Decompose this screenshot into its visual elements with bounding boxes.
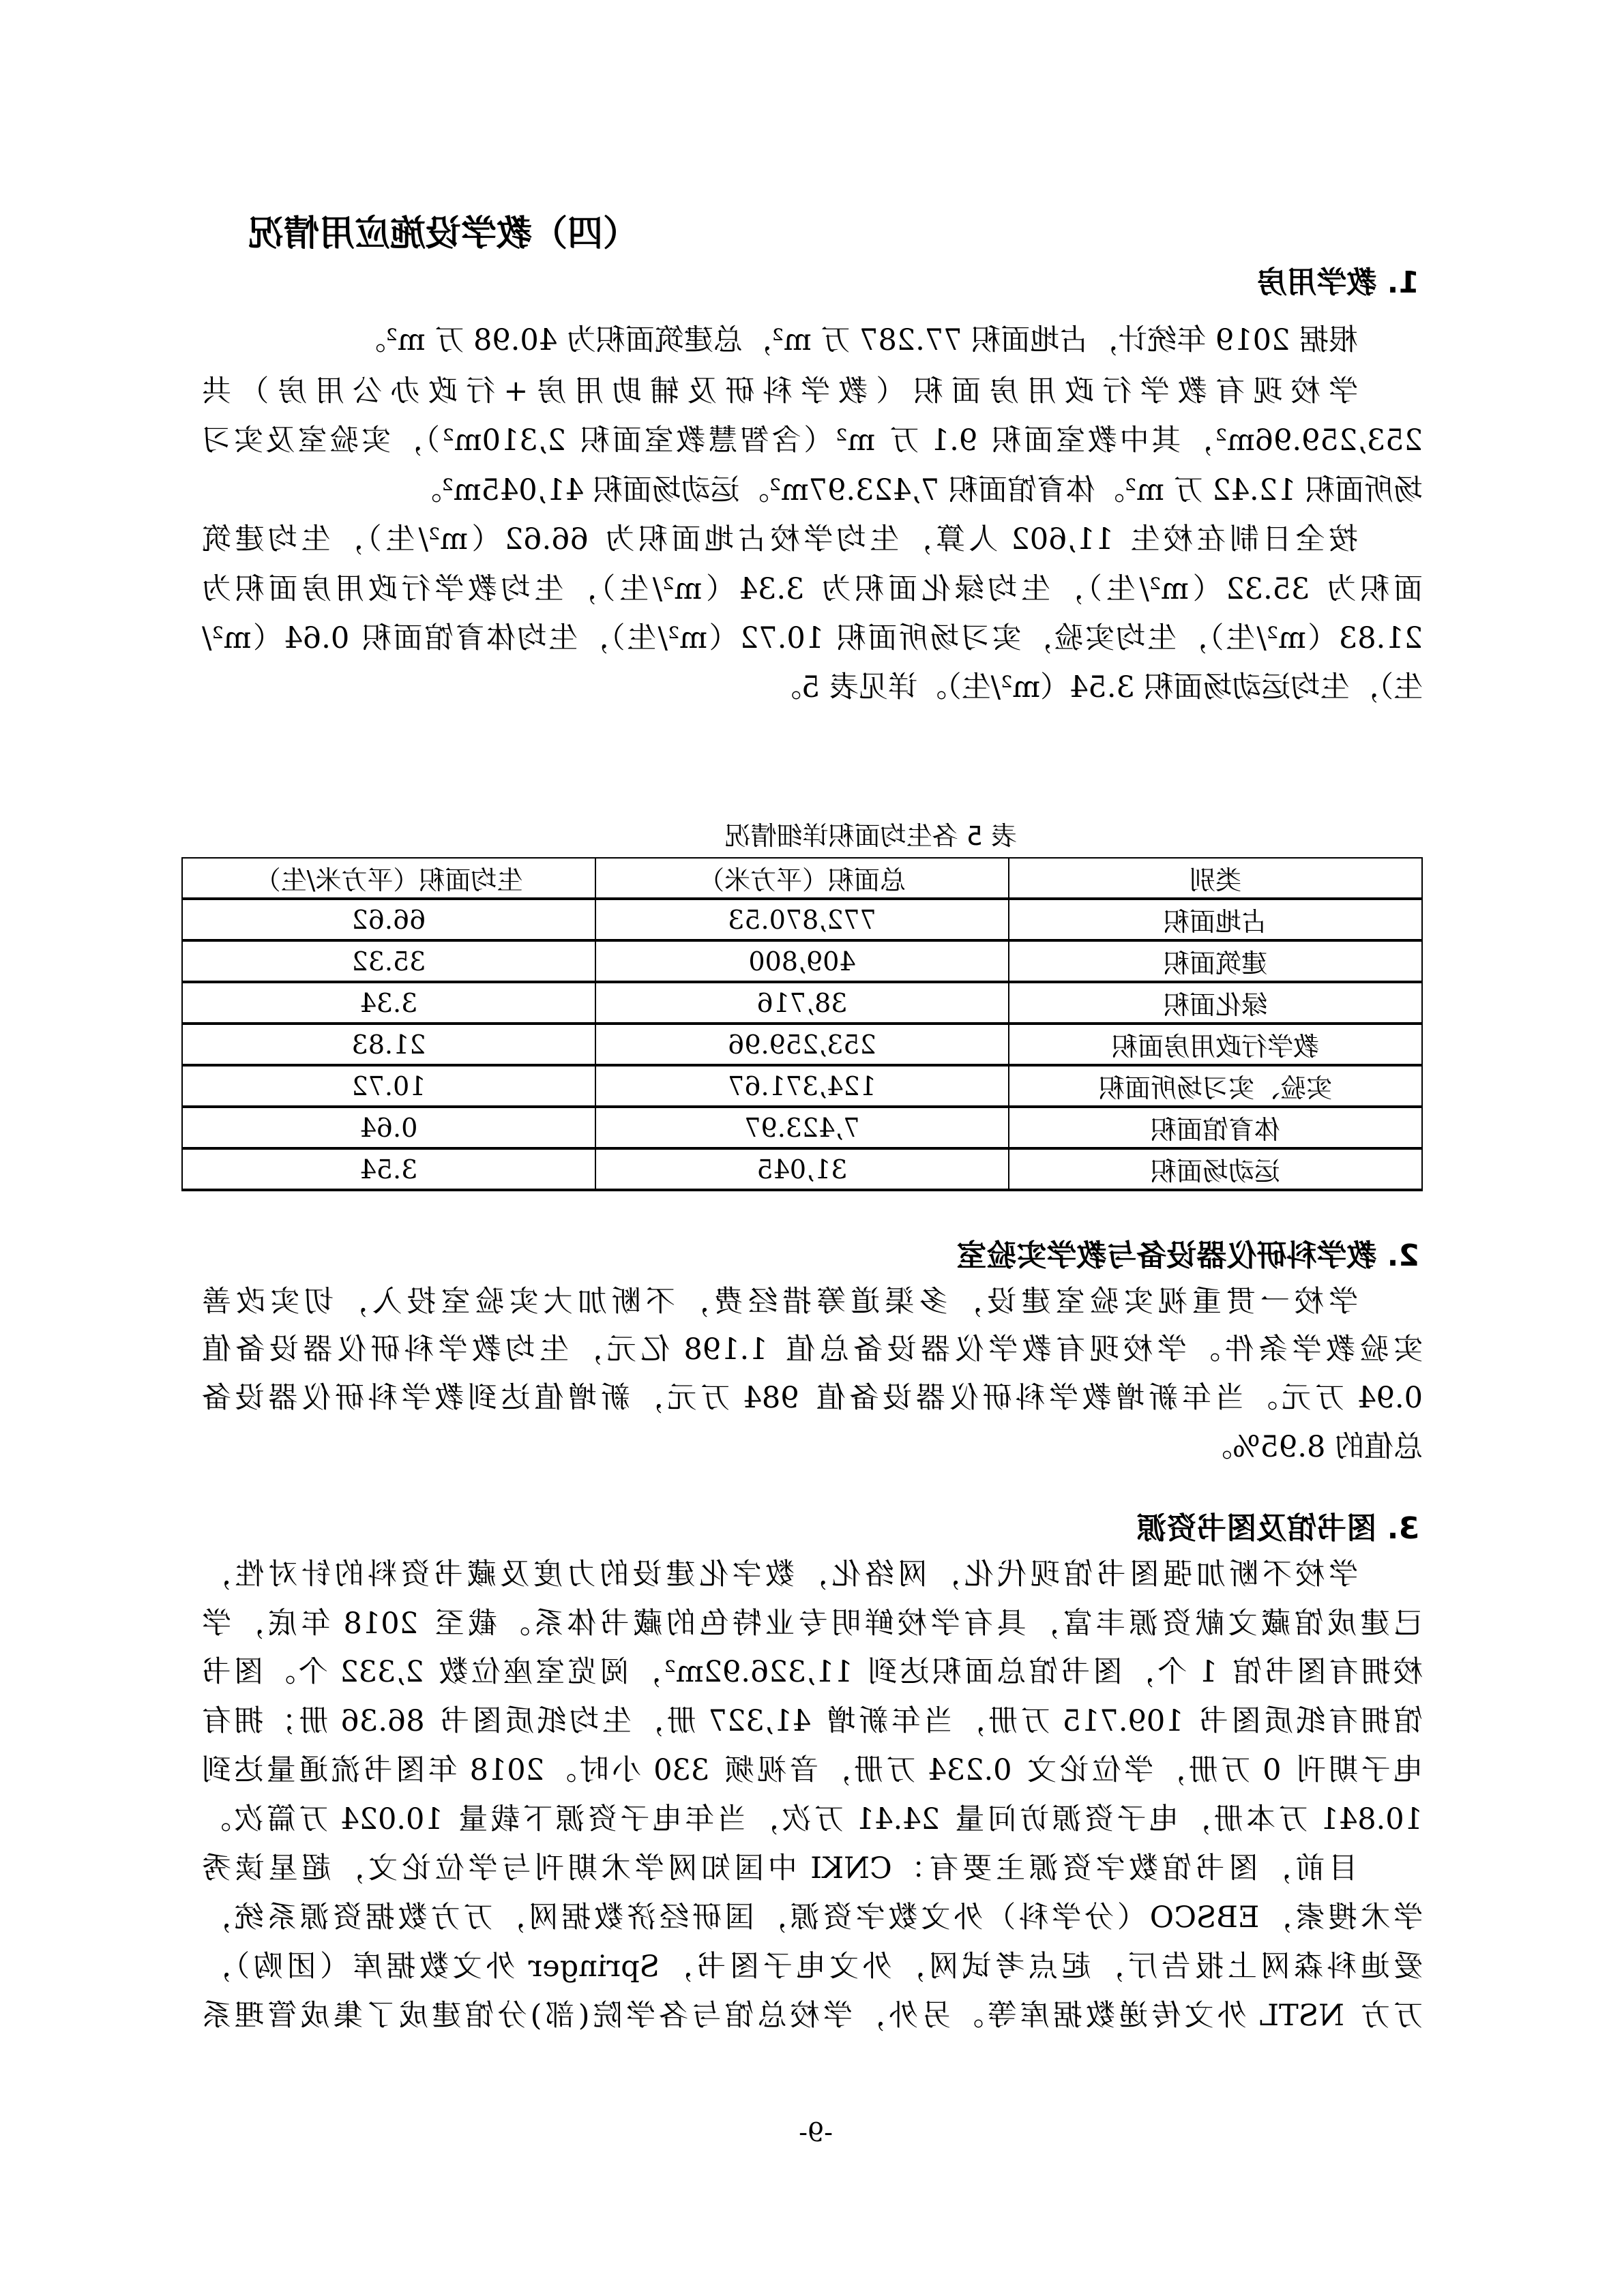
table-row: 占地面积772,870.5366.62 <box>182 899 1422 940</box>
table-row: 体育馆面积7,423.970.64 <box>182 1107 1422 1148</box>
heading-equipment-labs: 2. 教学科研仪器设备与教学实验室 <box>956 1231 1419 1274</box>
table-cell: 体育馆面积 <box>1009 1107 1422 1148</box>
table-header-row: 类别 总面积（平方米） 生均面积（平方米/生） <box>182 858 1422 899</box>
page-number: -9- <box>799 2117 833 2147</box>
paragraph-line: 面积为 35.32（m²/生），生均绿化面积为 3.34（m²/生），生均教学行… <box>202 566 1423 608</box>
table-cell: 409,800 <box>595 940 1009 982</box>
table-cell: 建筑面积 <box>1009 940 1422 982</box>
table-cell: 占地面积 <box>1009 899 1422 940</box>
paragraph-line: 0.94 万元。当年新增教学科研仪器设备值 984 万元，新增值达到教学科研仪器… <box>202 1375 1423 1416</box>
table-cell: 21.83 <box>182 1024 595 1065</box>
table-caption: 表 5 各生均面积详细情况 <box>725 815 1017 852</box>
header-cell: 生均面积（平方米/生） <box>182 858 595 899</box>
table-cell: 7,423.97 <box>595 1107 1009 1148</box>
paragraph-line: 电子期刊 0 万册，学位论文 0.234 万册，音视频 330 小时。2018 … <box>202 1747 1423 1789</box>
table-row: 建筑面积409,80035.32 <box>182 940 1422 982</box>
paragraph-line: 总值的 8.95%。 <box>202 1424 1423 1465</box>
table-row: 教学行政用房面积253,259.9621.83 <box>182 1024 1422 1065</box>
paragraph-line: 校拥有图书馆 1 个，图书馆总面积达到 11,326.92m²，阅览室座位数 2… <box>202 1649 1423 1690</box>
table-cell: 3.34 <box>182 982 595 1024</box>
table-row: 绿化面积38,7163.34 <box>182 982 1422 1024</box>
paragraph-line: 馆拥有纸质图书 109.715 万册，当年新增 41,327 册，生均纸质图书 … <box>202 1698 1423 1740</box>
section-title: （四）教学设施应用情况 <box>248 205 638 256</box>
paragraph-line: 场所面积 12.42 万 m²。体育馆面积 7,423.97m²。运动场面积 4… <box>202 467 1423 509</box>
table-cell: 772,870.53 <box>595 899 1009 940</box>
paragraph-line: 已建成馆藏文献资源丰富，具有学校鲜明专业特色的藏书体系。截至 2018 年底，学 <box>202 1600 1423 1642</box>
table-cell: 教学行政用房面积 <box>1009 1024 1422 1065</box>
paragraph-line: 爱迪科森网上报告厅，起点考试网，外文电子图书，Springer 外文数据库（团购… <box>202 1943 1423 1985</box>
paragraph-line: 10.841 万本册，电子资源访问量 24.41 万次，当年电子资源下载量 10… <box>202 1796 1423 1838</box>
paragraph-line: 目前，图书馆数字资源主要有：CNKI 中国知网学术期刊与学位论文，超星读秀 <box>202 1845 1358 1887</box>
heading-library: 3. 图书馆及图书资源 <box>1136 1504 1419 1547</box>
paragraph-line: 学术搜索，EBSCO（分学科）外文数字资源，国研经济数据网，万方数据资源系统， <box>202 1894 1423 1936</box>
table-cell: 实验、实习场所面积 <box>1009 1065 1422 1107</box>
document-page: （四）教学设施应用情况 1. 教学用房 根据 2019 年统计，占地面积 77.… <box>0 0 1624 2296</box>
table-cell: 66.62 <box>182 899 595 940</box>
table-row: 实验、实习场所面积124,371.6710.72 <box>182 1065 1422 1107</box>
table-cell: 3.54 <box>182 1148 595 1190</box>
table-row: 运动场面积31,0453.54 <box>182 1148 1422 1190</box>
paragraph-line: 学校现有教学行政用房面积（教学科研及辅助用房+行政办公用房）共 <box>202 368 1358 410</box>
table-cell: 35.32 <box>182 940 595 982</box>
table-cell: 绿化面积 <box>1009 982 1422 1024</box>
table-cell: 38,716 <box>595 982 1009 1024</box>
header-cell: 总面积（平方米） <box>595 858 1009 899</box>
table-cell: 31,045 <box>595 1148 1009 1190</box>
table-cell: 0.64 <box>182 1107 595 1148</box>
paragraph-line: 21.83（m²/生），生均实验，实习场所面积 10.72（m²/生），生均体育… <box>202 615 1423 657</box>
paragraph-line: 生），生均运动场面积 3.54（m²/生）。详见表 5。 <box>202 664 1423 706</box>
area-per-student-table: 类别 总面积（平方米） 生均面积（平方米/生） 占地面积772,870.5366… <box>181 857 1423 1191</box>
paragraph-line: 根据 2019 年统计，占地面积 77.287 万 m²，总建筑面积为 40.9… <box>202 317 1358 359</box>
paragraph-line: 万方 NSTL 外文传递数据库等。另外，学校总馆与各学院(部)分馆建成了集成管理… <box>202 1993 1423 2034</box>
paragraph-line: 学校一贯重视实验室建设，多渠道筹措经费，不断加大实验室投入，切实改善 <box>202 1279 1358 1320</box>
header-cell: 类别 <box>1009 858 1422 899</box>
table-cell: 124,371.67 <box>595 1065 1009 1107</box>
paragraph-line: 学校不断加强图书馆现代化，网络化，数字化建设的力度及藏书资料的针对性， <box>202 1551 1358 1593</box>
heading-teaching-rooms: 1. 教学用房 <box>1256 258 1419 301</box>
paragraph-line: 253,259.96m²，其中教室面积 9.1 万 m²（含智慧教室面积 2,3… <box>202 417 1423 459</box>
table-cell: 253,259.96 <box>595 1024 1009 1065</box>
paragraph-line: 实验教学条件。学校现有教学仪器设备总值 1.198 亿元，生均教学科研仪器设备值 <box>202 1326 1423 1368</box>
table-cell: 10.72 <box>182 1065 595 1107</box>
table-cell: 运动场面积 <box>1009 1148 1422 1190</box>
paragraph-line: 按全日制在校生 11,602 人算，生均学校占地面积为 66.62（m²/生），… <box>202 516 1358 558</box>
